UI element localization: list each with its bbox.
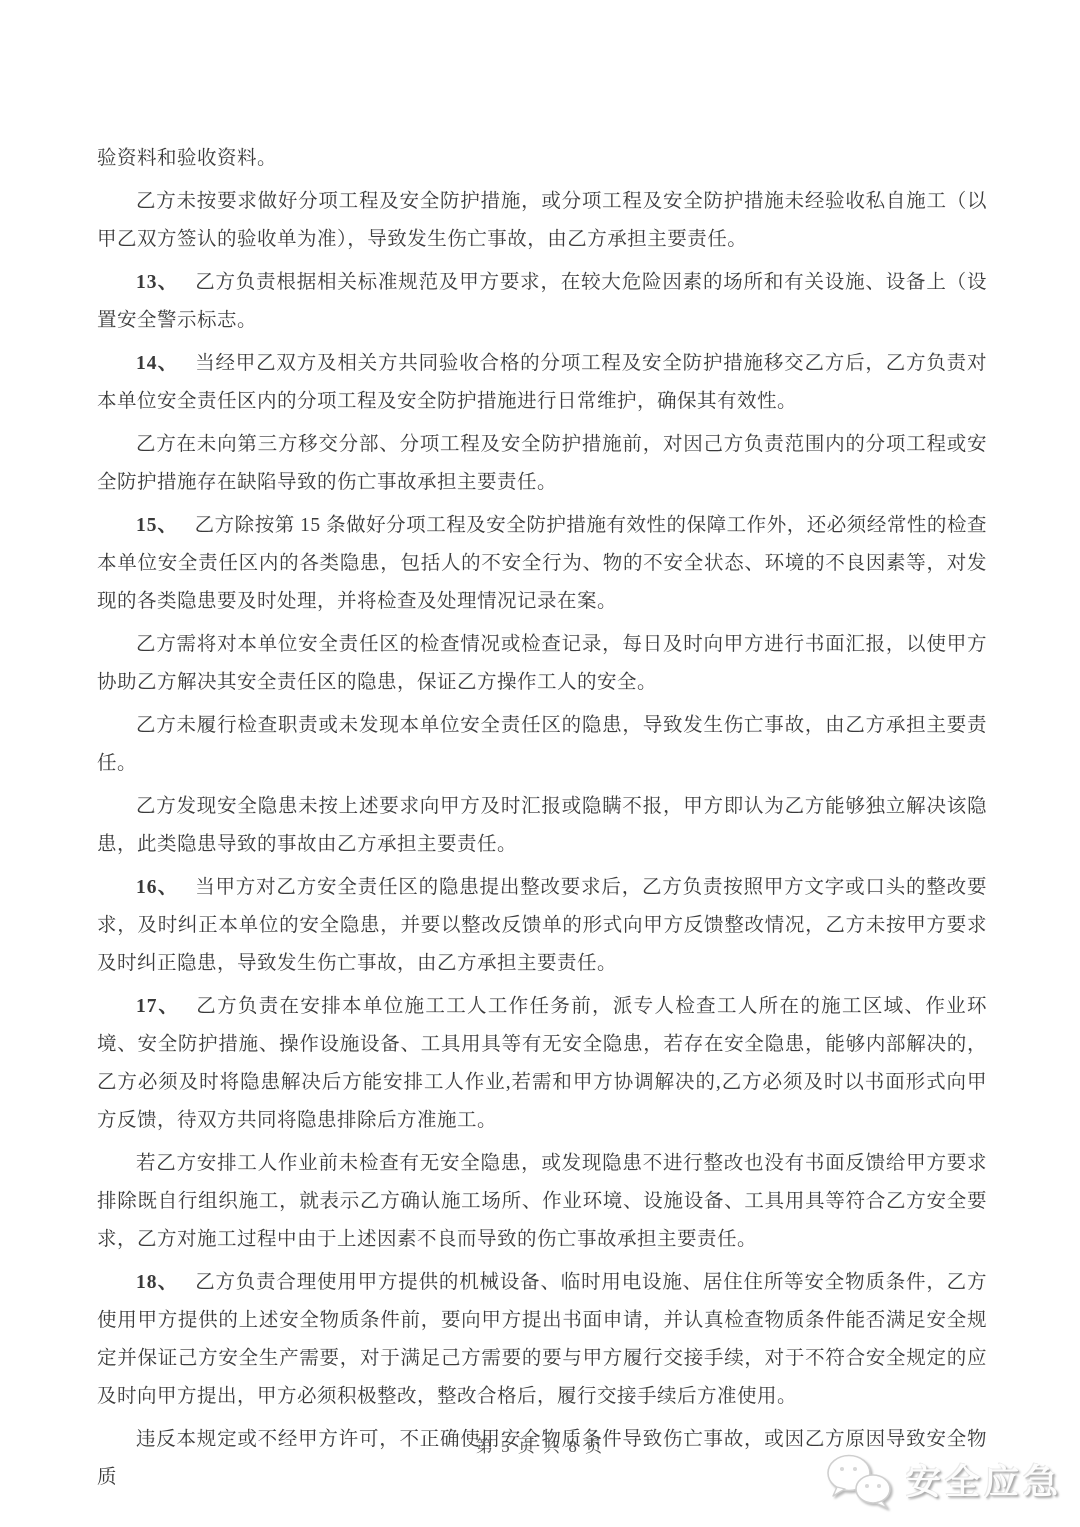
- paragraph-text: 乙方需将对本单位安全责任区的检查情况或检查记录，每日及时向甲方进行书面汇报，以使…: [97, 634, 987, 693]
- paragraph: 乙方在未向第三方移交分部、分项工程及安全防护措施前，对因己方负责范围内的分项工程…: [97, 426, 987, 502]
- paragraph-continuation: 验资料和验收资料。: [97, 140, 987, 178]
- paragraph-text: 若乙方安排工人作业前未检查有无安全隐患，或发现隐患不进行整改也没有书面反馈给甲方…: [97, 1153, 987, 1250]
- clause-number: 14、: [136, 353, 179, 374]
- clause-16: 16、当甲方对乙方安全责任区的隐患提出整改要求后，乙方负责按照甲方文字或口头的整…: [97, 869, 987, 983]
- clause-number: 16、: [136, 877, 179, 898]
- paragraph-text: 验资料和验收资料。: [97, 148, 277, 169]
- paragraph-text: 乙方负责根据相关标准规范及甲方要求，在较大危险因素的场所和有关设施、设备上（设置…: [97, 272, 987, 331]
- clause-number: 17、: [136, 996, 180, 1017]
- contract-body: 验资料和验收资料。 乙方未按要求做好分项工程及安全防护措施，或分项工程及安全防护…: [97, 140, 987, 1502]
- paragraph: 乙方需将对本单位安全责任区的检查情况或检查记录，每日及时向甲方进行书面汇报，以使…: [97, 626, 987, 702]
- paragraph: 乙方未按要求做好分项工程及安全防护措施，或分项工程及安全防护措施未经验收私自施工…: [97, 183, 987, 259]
- document-page: 验资料和验收资料。 乙方未按要求做好分项工程及安全防护措施，或分项工程及安全防护…: [0, 0, 1080, 1527]
- paragraph: 若乙方安排工人作业前未检查有无安全隐患，或发现隐患不进行整改也没有书面反馈给甲方…: [97, 1145, 987, 1259]
- paragraph-text: 当甲方对乙方安全责任区的隐患提出整改要求后，乙方负责按照甲方文字或口头的整改要求…: [97, 877, 987, 974]
- clause-18: 18、乙方负责合理使用甲方提供的机械设备、临时用电设施、居住住所等安全物质条件，…: [97, 1264, 987, 1416]
- paragraph-text: 乙方未履行检查职责或未发现本单位安全责任区的隐患，导致发生伤亡事故，由乙方承担主…: [97, 715, 987, 774]
- paragraph-text: 当经甲乙双方及相关方共同验收合格的分项工程及安全防护措施移交乙方后，乙方负责对本…: [97, 353, 987, 412]
- paragraph: 乙方未履行检查职责或未发现本单位安全责任区的隐患，导致发生伤亡事故，由乙方承担主…: [97, 707, 987, 783]
- paragraph-text: 乙方发现安全隐患未按上述要求向甲方及时汇报或隐瞒不报，甲方即认为乙方能够独立解决…: [97, 796, 987, 855]
- paragraph-text: 乙方除按第 15 条做好分项工程及安全防护措施有效性的保障工作外，还必须经常性的…: [97, 515, 987, 612]
- paragraph-text: 乙方在未向第三方移交分部、分项工程及安全防护措施前，对因己方负责范围内的分项工程…: [97, 434, 987, 493]
- clause-14: 14、当经甲乙双方及相关方共同验收合格的分项工程及安全防护措施移交乙方后，乙方负…: [97, 345, 987, 421]
- paragraph: 乙方发现安全隐患未按上述要求向甲方及时汇报或隐瞒不报，甲方即认为乙方能够独立解决…: [97, 788, 987, 864]
- paragraph-text: 乙方负责合理使用甲方提供的机械设备、临时用电设施、居住住所等安全物质条件，乙方使…: [97, 1272, 987, 1407]
- clause-number: 15、: [136, 515, 178, 536]
- clause-number: 18、: [136, 1272, 179, 1293]
- paragraph-text: 乙方未按要求做好分项工程及安全防护措施，或分项工程及安全防护措施未经验收私自施工…: [97, 191, 987, 250]
- clause-13: 13、乙方负责根据相关标准规范及甲方要求，在较大危险因素的场所和有关设施、设备上…: [97, 264, 987, 340]
- clause-number: 13、: [136, 272, 179, 293]
- paragraph-text: 乙方负责在安排本单位施工工人工作任务前，派专人检查工人所在的施工区域、作业环境、…: [97, 996, 987, 1131]
- wechat-chat-bubbles-icon: [824, 1451, 896, 1509]
- clause-17: 17、乙方负责在安排本单位施工工人工作任务前，派专人检查工人所在的施工区域、作业…: [97, 988, 987, 1140]
- watermark: 安全应急: [824, 1451, 1062, 1509]
- watermark-text: 安全应急: [906, 1455, 1062, 1505]
- clause-15: 15、乙方除按第 15 条做好分项工程及安全防护措施有效性的保障工作外，还必须经…: [97, 507, 987, 621]
